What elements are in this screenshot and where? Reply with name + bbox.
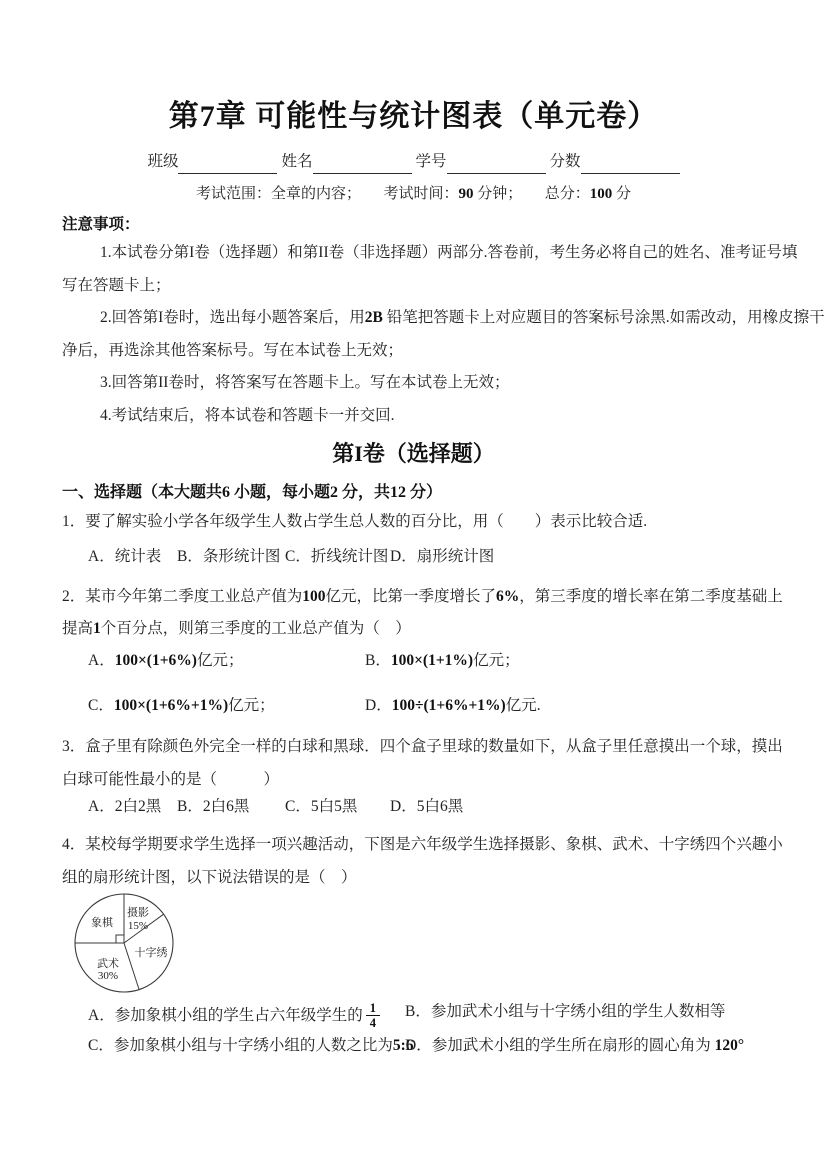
field-class-label: 班级	[147, 150, 178, 174]
question-4-options-row-2: C．参加象棋小组与十字绣小组的人数之比为 5:6 D．参加武术小组的学生所在扇形…	[62, 1035, 765, 1057]
field-name: 姓名	[281, 150, 411, 174]
question-3-option-c: C．5白5黑	[285, 796, 390, 818]
fraction-numerator: 1	[366, 1001, 380, 1016]
exam-paper-page: 第7章 可能性与统计图表（单元卷） 班级 姓名 学号 分数 考试范围：全章的内容…	[0, 0, 827, 1169]
question-3-option-d: D．5白6黑	[390, 796, 463, 818]
question-4-text-line-2: 组的扇形统计图，以下说法错误的是（ ）	[62, 862, 765, 894]
pie-sector-label: 30%	[98, 970, 118, 982]
question-2-option-c: C．100×(1+6%+1%)亿元；	[88, 695, 365, 717]
question-2-option-b: B．100×(1+1%)亿元；	[365, 650, 520, 672]
question-4-option-c: C．参加象棋小组与十字绣小组的人数之比为 5:6	[88, 1035, 405, 1057]
pie-sector-label: 象棋	[91, 915, 114, 929]
notice-title: 注意事项：	[62, 213, 765, 237]
field-score-label: 分数	[550, 150, 581, 174]
question-4-option-b: B．参加武术小组与十字绣小组的学生人数相等	[405, 1001, 725, 1023]
question-2-text-line-1: 2．某市今年第二季度工业总产值为100亿元，比第一季度增长了6%，第三季度的增长…	[62, 581, 765, 613]
question-4-option-a: A．参加象棋小组的学生占六年级学生的 1 4	[88, 1001, 405, 1031]
pie-sector-label: 武术	[97, 956, 119, 970]
student-info-row: 班级 姓名 学号 分数	[62, 150, 765, 174]
field-student-id-label: 学号	[416, 150, 447, 174]
notice-item-3: 3.回答第II卷时，将答案写在答题卡上。写在本试卷上无效；	[62, 367, 765, 400]
question-4-option-d: D．参加武术小组的学生所在扇形的圆心角为 120°	[405, 1035, 744, 1057]
notice-item-2-line-2: 净后，再选涂其他答案标号。写在本试卷上无效；	[62, 335, 765, 368]
question-1-option-d: D．扇形统计图	[390, 546, 494, 568]
question-3-text-line-1: 3．盒子里有除颜色外完全一样的白球和黑球．四个盒子里球的数量如下，从盒子里任意摸…	[62, 731, 765, 763]
section-1-title: 第I卷（选择题）	[62, 439, 765, 469]
fraction-one-quarter: 1 4	[366, 1001, 380, 1031]
question-4-options-row-1: A．参加象棋小组的学生占六年级学生的 1 4 B．参加武术小组与十字绣小组的学生…	[62, 1001, 765, 1031]
pie-sector-label: 十字绣	[135, 945, 168, 959]
question-3-option-b: B．2白6黑	[177, 796, 285, 818]
notice-item-1-line-2: 写在答题卡上；	[62, 270, 765, 303]
pie-chart: 象棋摄影15%十字绣武术30%	[62, 892, 186, 996]
notice-item-4: 4.考试结束后，将本试卷和答题卡一并交回.	[62, 400, 765, 433]
part-1-title: 一、选择题（本大题共6 小题，每小题2 分，共12 分）	[62, 482, 765, 504]
question-2-option-d: D．100÷(1+6%+1%)亿元.	[365, 695, 541, 717]
question-1-option-c: C．折线统计图	[285, 546, 390, 568]
field-class-blank	[178, 151, 277, 174]
field-score: 分数	[550, 150, 680, 174]
exam-info-line: 考试范围：全章的内容； 考试时间：90 分钟； 总分：100 分	[62, 183, 765, 205]
pie-chart-figure: 象棋摄影15%十字绣武术30%	[62, 892, 186, 996]
question-2-options-row-2: C．100×(1+6%+1%)亿元； D．100÷(1+6%+1%)亿元.	[62, 695, 765, 717]
question-4-option-a-text: A．参加象棋小组的学生占六年级学生的	[88, 1005, 363, 1027]
question-3-text-line-2: 白球可能性最小的是（ ）	[62, 764, 765, 796]
question-4-text-line-1: 4．某校每学期要求学生选择一项兴趣活动，下图是六年级学生选择摄影、象棋、武术、十…	[62, 829, 765, 861]
field-name-label: 姓名	[281, 150, 312, 174]
question-3-options: A．2白2黑 B．2白6黑 C．5白5黑 D．5白6黑	[62, 796, 765, 818]
pie-sector-label: 摄影	[127, 905, 149, 919]
question-1-option-b: B．条形统计图	[177, 546, 285, 568]
question-2-option-a: A．100×(1+6%)亿元；	[88, 650, 365, 672]
question-2-options-row-1: A．100×(1+6%)亿元； B．100×(1+1%)亿元；	[62, 650, 765, 672]
notice-item-1-line-1: 1.本试卷分第I卷（选择题）和第II卷（非选择题）两部分.答卷前，考生务必将自己…	[62, 237, 765, 270]
field-class: 班级	[147, 150, 277, 174]
question-1-option-a: A．统计表	[88, 546, 177, 568]
page-title: 第7章 可能性与统计图表（单元卷）	[62, 0, 765, 137]
question-1-options: A．统计表 B．条形统计图 C．折线统计图 D．扇形统计图	[62, 546, 765, 568]
field-name-blank	[313, 151, 412, 174]
fraction-denominator: 4	[366, 1016, 380, 1030]
notice-item-2-line-1: 2.回答第I卷时，选出每小题答案后，用2B 铅笔把答题卡上对应题目的答案标号涂黑…	[62, 302, 765, 335]
field-student-id-blank	[447, 151, 546, 174]
field-score-blank	[581, 151, 680, 174]
question-3-option-a: A．2白2黑	[88, 796, 177, 818]
question-1-text: 1．要了解实验小学各年级学生人数占学生总人数的百分比，用（ ）表示比较合适.	[62, 511, 765, 533]
question-2-text-line-2: 提高1个百分点，则第三季度的工业总产值为（ ）	[62, 613, 765, 645]
field-student-id: 学号	[416, 150, 546, 174]
pie-sector-label: 15%	[128, 920, 148, 932]
